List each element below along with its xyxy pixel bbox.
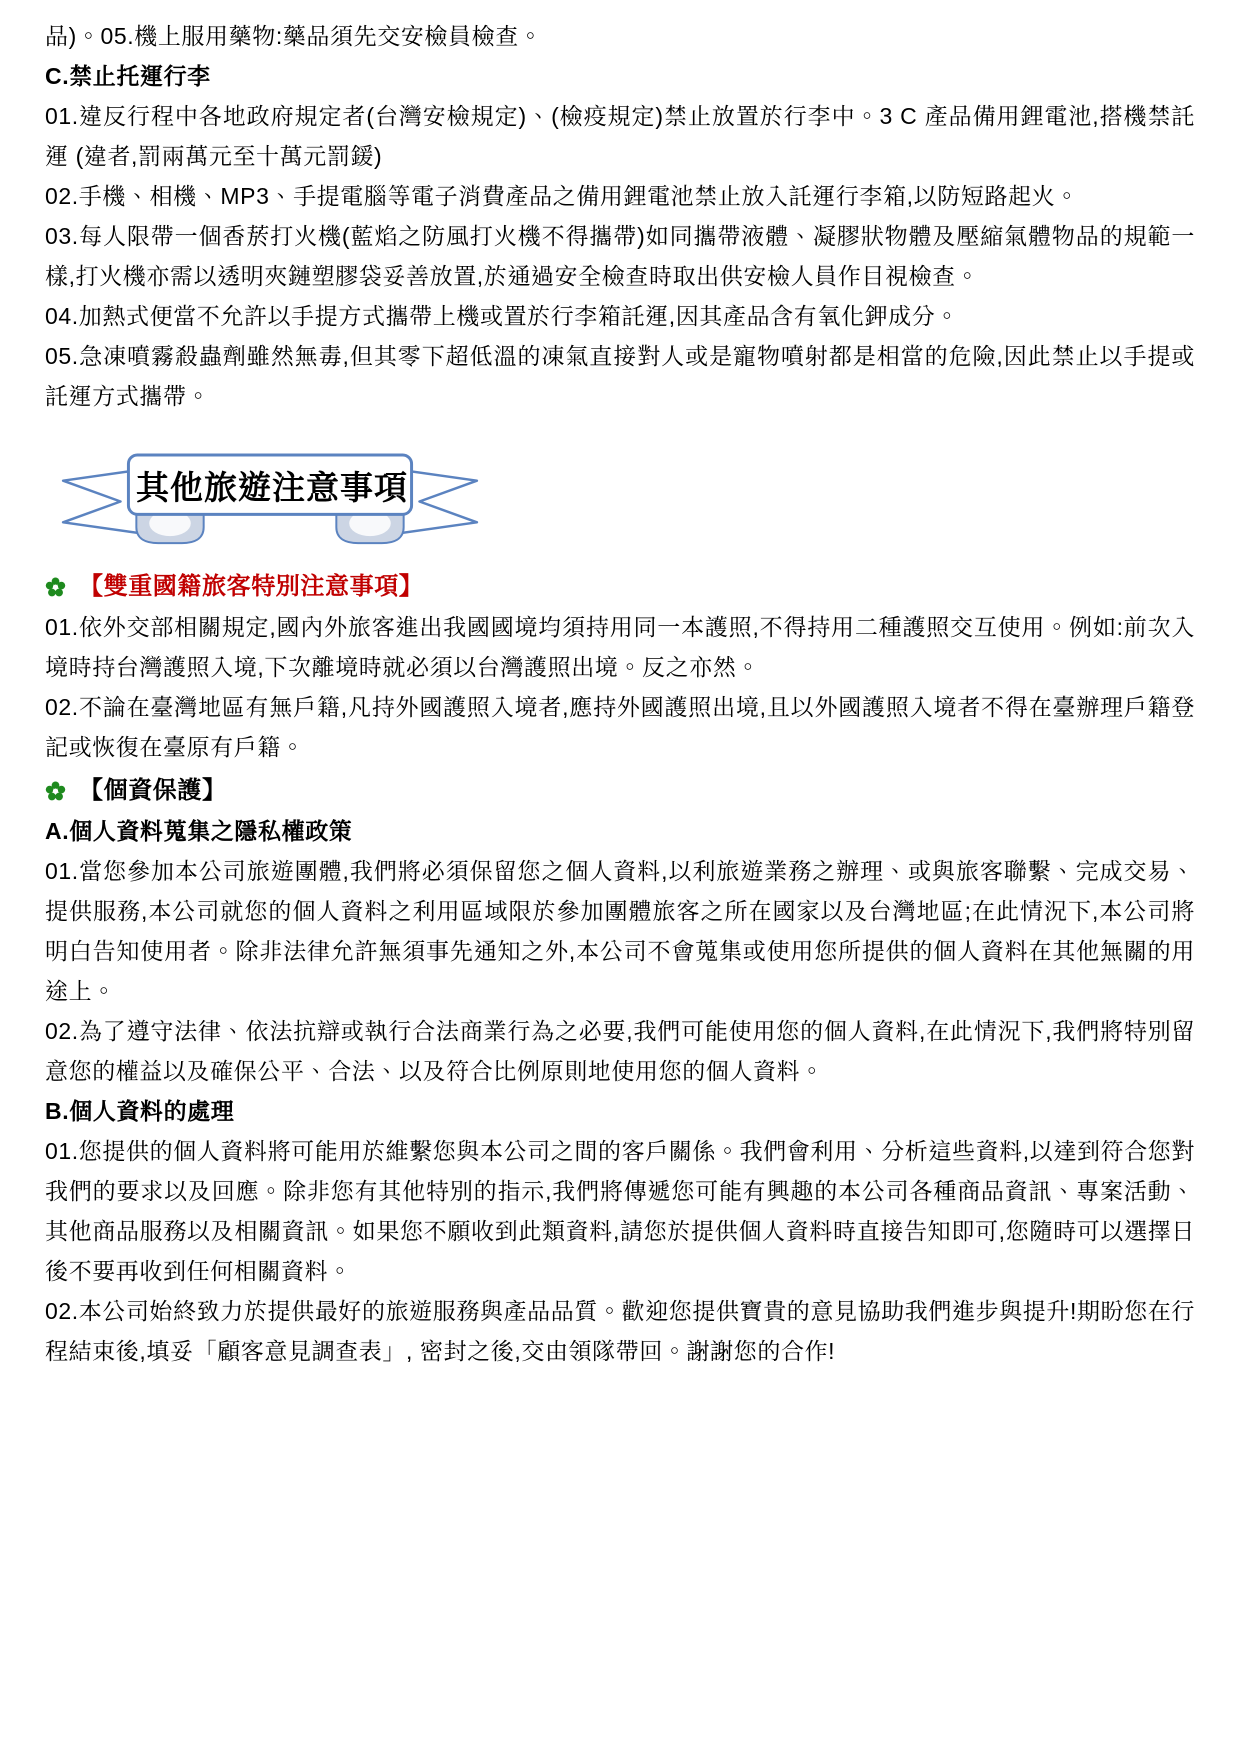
- heading-dual-nationality: 【雙重國籍旅客特別注意事項】: [45, 567, 1195, 607]
- para-privacy-b-01: 01.您提供的個人資料將可能用於維繫您與本公司之間的客戶關係。我們會利用、分析這…: [45, 1131, 1195, 1291]
- ribbon-banner: 其他旅遊注意事項: [57, 452, 483, 551]
- flower-icon: [45, 577, 66, 598]
- para-dual-02: 02.不論在臺灣地區有無戶籍,凡持外國護照入境者,應持外國護照出境,且以外國護照…: [45, 687, 1195, 767]
- para-baggage-03: 03.每人限帶一個香菸打火機(藍焰之防風打火機不得攜帶)如同攜帶液體、凝膠狀物體…: [45, 216, 1195, 296]
- para-baggage-01: 01.違反行程中各地政府規定者(台灣安檢規定)、(檢疫規定)禁止放置於行李中。3…: [45, 96, 1195, 176]
- para-baggage-02: 02.手機、相機、MP3、手提電腦等電子消費產品之備用鋰電池禁止放入託運行李箱,…: [45, 176, 1195, 216]
- heading-privacy: 【個資保護】: [45, 771, 1195, 811]
- heading-no-checked-baggage: C.禁止托運行李: [45, 56, 1195, 96]
- para-baggage-04: 04.加熱式便當不允許以手提方式攜帶上機或置於行李箱託運,因其產品含有氧化鉀成分…: [45, 296, 1195, 336]
- flower-icon: [45, 781, 66, 802]
- para-dual-01: 01.依外交部相關規定,國內外旅客進出我國國境均須持用同一本護照,不得持用二種護…: [45, 607, 1195, 687]
- para-privacy-a-02: 02.為了遵守法律、依法抗辯或執行合法商業行為之必要,我們可能使用您的個人資料,…: [45, 1011, 1195, 1091]
- para-inflight-medicine: 品)。05.機上服用藥物:藥品須先交安檢員檢查。: [45, 16, 1195, 56]
- heading-privacy-policy-b: B.個人資料的處理: [45, 1091, 1195, 1131]
- heading-privacy-policy-a: A.個人資料蒐集之隱私權政策: [45, 811, 1195, 851]
- para-baggage-05: 05.急凍噴霧殺蟲劑雖然無毒,但其零下超低溫的凍氣直接對人或是寵物噴射都是相當的…: [45, 336, 1195, 416]
- privacy-title: 【個資保護】: [79, 771, 227, 811]
- banner-title: 其他旅遊注意事項: [128, 455, 416, 515]
- document-page: 品)。05.機上服用藥物:藥品須先交安檢員檢查。 C.禁止托運行李 01.違反行…: [0, 0, 1241, 1755]
- dual-nationality-title: 【雙重國籍旅客特別注意事項】: [79, 567, 423, 607]
- para-privacy-b-02: 02.本公司始終致力於提供最好的旅遊服務與產品品質。歡迎您提供寶貴的意見協助我們…: [45, 1291, 1195, 1371]
- para-privacy-a-01: 01.當您參加本公司旅遊團體,我們將必須保留您之個人資料,以利旅遊業務之辦理、或…: [45, 851, 1195, 1011]
